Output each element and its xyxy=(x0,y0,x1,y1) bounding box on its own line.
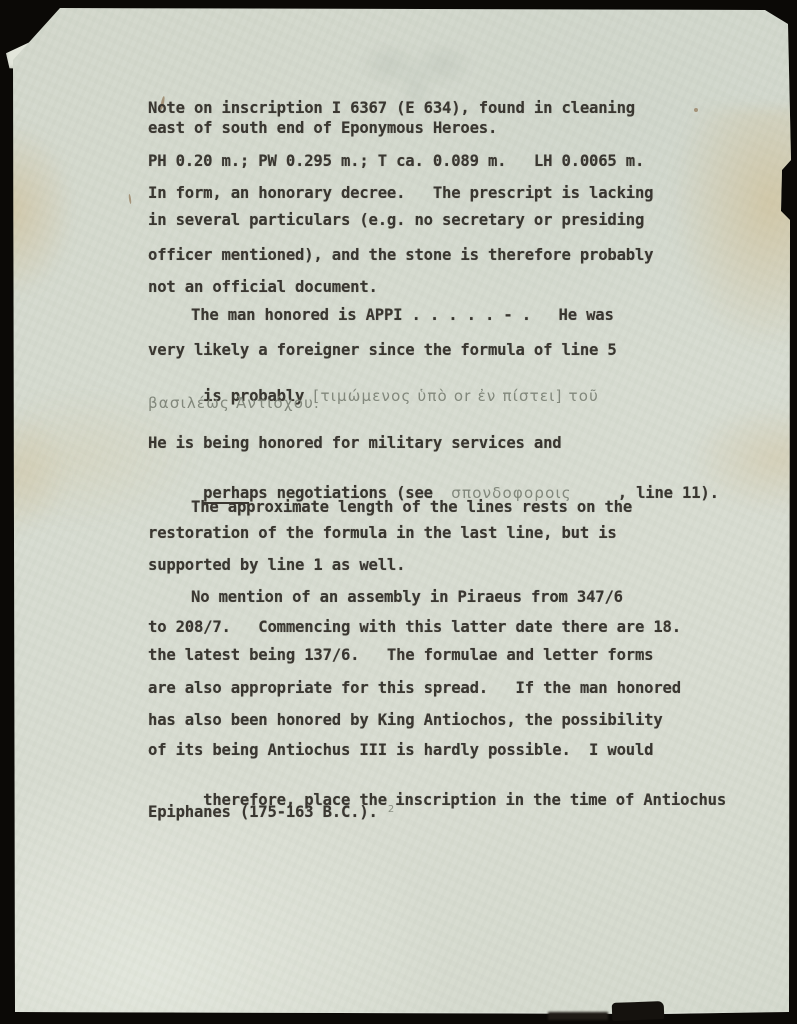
typed-line-19: the latest being 137/6. The formulae and… xyxy=(148,646,653,664)
scan-background: Note on inscription I 6367 (E 634), foun… xyxy=(0,0,797,1024)
typed-line-4: In form, an honorary decree. The prescri… xyxy=(148,184,653,202)
typed-line-14: The approximate length of the lines rest… xyxy=(191,498,632,516)
typed-line-1: Note on inscription I 6367 (E 634), foun… xyxy=(148,99,635,117)
handwritten-greek-restoration: [τιμώμενος ὑπὸ or ἐν πίστει] τοῦ xyxy=(313,387,599,405)
stain-right-upper xyxy=(673,108,797,348)
typed-line-20: are also appropriate for this spread. If… xyxy=(148,679,681,697)
typed-line-9: very likely a foreigner since the formul… xyxy=(148,341,617,359)
typed-line-6: officer mentioned), and the stone is the… xyxy=(148,246,653,264)
typed-line-17: No mention of an assembly in Piraeus fro… xyxy=(191,588,623,606)
typed-line-21: has also been honored by King Antiochos,… xyxy=(148,711,663,729)
typed-line-2: east of south end of Eponymous Heroes. xyxy=(148,119,497,137)
paper-sheet: Note on inscription I 6367 (E 634), foun… xyxy=(13,8,791,1016)
paper-blemish xyxy=(694,108,698,112)
black-tab xyxy=(612,1001,665,1021)
handwritten-insertion-mark: 2 xyxy=(388,804,394,815)
typed-line-16: supported by line 1 as well. xyxy=(148,556,405,574)
typed-line-7: not an official document. xyxy=(148,278,378,296)
typed-line-3: PH 0.20 m.; PW 0.295 m.; T ca. 0.089 m. … xyxy=(148,152,644,170)
black-shadow-mark xyxy=(548,1012,608,1020)
stain-left-upper xyxy=(0,126,73,296)
typed-line-15: restoration of the formula in the last l… xyxy=(148,524,617,542)
typed-line-12: He is being honored for military service… xyxy=(148,434,561,452)
paper-blemish xyxy=(128,194,131,204)
handwritten-greek-line: βασιλέως Ἀντιόχου. xyxy=(148,394,320,412)
typed-line-18: to 208/7. Commencing with this latter da… xyxy=(148,618,681,636)
typed-line-24: Epiphanes (175-163 B.C.). xyxy=(148,803,378,821)
typed-line-22: of its being Antiochus III is hardly pos… xyxy=(148,741,653,759)
stain-left-middle xyxy=(0,408,71,538)
typed-line-8: The man honored is APPI . . . . . - . He… xyxy=(191,306,614,324)
typed-line-5: in several particulars (e.g. no secretar… xyxy=(148,211,644,229)
typed-segment: inscription in the time of Antiochus xyxy=(395,791,726,809)
